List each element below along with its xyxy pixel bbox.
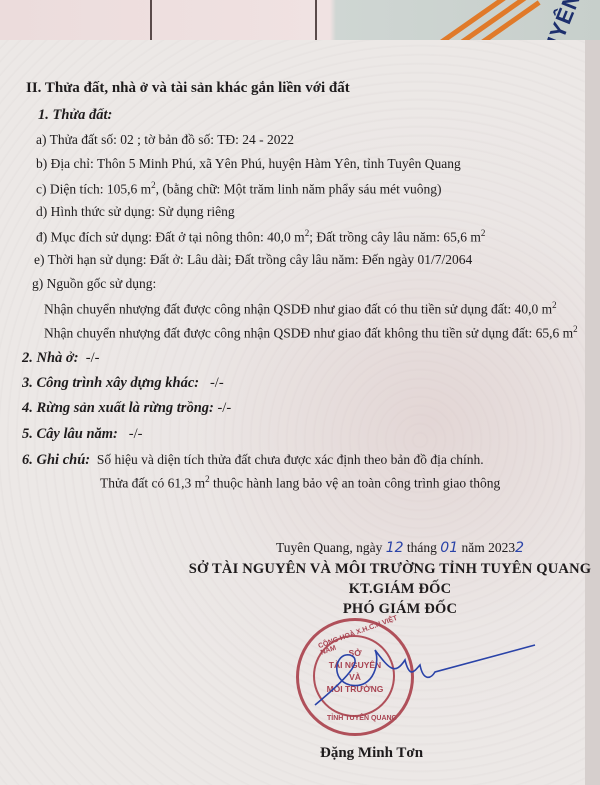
land-heading: 1. Thửa đất: <box>38 107 112 124</box>
notes-line-2: Thửa đất có 61,3 m2 thuộc hành lang bảo … <box>100 474 500 492</box>
superscript: 2 <box>552 300 557 310</box>
forest-value: -/- <box>217 400 231 416</box>
background-documents: UYÊN <box>0 0 600 44</box>
place-date: Tuyên Quang, ngày 12 tháng 01 năm 20232 <box>200 540 600 556</box>
land-origin-heading: g) Nguồn gốc sử dụng: <box>32 276 156 292</box>
paper-edge <box>585 40 600 785</box>
perennial-value: -/- <box>129 426 143 442</box>
other-construction-label: 3. Công trình xây dựng khác: <box>22 375 199 391</box>
other-construction-row: 3. Công trình xây dựng khác: -/- <box>22 375 224 392</box>
land-parcel-number: a) Thửa đất số: 02 ; tờ bản đồ số: TĐ: 2… <box>36 132 294 148</box>
handwritten-month: 01 <box>440 540 458 556</box>
land-area: c) Diện tích: 105,6 m2, (bằng chữ: Một t… <box>36 180 442 198</box>
purpose-perennial: ; Đất trồng cây lâu năm: 65,6 m <box>309 230 481 245</box>
perennial-label: 5. Cây lâu năm: <box>22 426 118 442</box>
notes-text: thuộc hành lang bảo vệ an toàn công trìn… <box>210 476 501 491</box>
handwritten-year-digit: 2 <box>515 540 524 556</box>
house-row: 2. Nhà ở: -/- <box>22 350 99 367</box>
forest-label: 4. Rừng sản xuất là rừng trồng: <box>22 400 214 416</box>
land-usage-purpose: đ) Mục đích sử dụng: Đất ở tại nông thôn… <box>36 228 485 246</box>
forest-row: 4. Rừng sản xuất là rừng trồng: -/- <box>22 400 231 417</box>
signer-title-1: KT.GIÁM ĐỐC <box>200 581 600 598</box>
signer-name: Đặng Minh Tơn <box>320 745 423 762</box>
notes-label: 6. Ghi chú: <box>22 452 90 468</box>
month-label: tháng <box>407 540 437 555</box>
superscript: 2 <box>573 324 578 334</box>
year-label: năm 2023 <box>461 540 515 555</box>
perennial-row: 5. Cây lâu năm: -/- <box>22 426 142 443</box>
agency-name: SỞ TÀI NGUYÊN VÀ MÔI TRƯỜNG TỈNH TUYÊN Q… <box>170 561 600 578</box>
house-label: 2. Nhà ở: <box>22 350 79 366</box>
house-value: -/- <box>86 350 100 366</box>
notes-line-1: Số hiệu và diện tích thửa đất chưa được … <box>97 452 484 467</box>
land-usage-form: d) Hình thức sử dụng: Sử dụng riêng <box>36 204 235 220</box>
notes-row: 6. Ghi chú: Số hiệu và diện tích thửa đấ… <box>22 452 484 469</box>
origin-text: Nhận chuyển nhượng đất được công nhận QS… <box>44 326 573 341</box>
place-label: Tuyên Quang, ngày <box>276 540 382 555</box>
land-area-words: , (bằng chữ: Một trăm linh năm phẩy sáu … <box>156 182 442 197</box>
origin-text: Nhận chuyển nhượng đất được công nhận QS… <box>44 302 552 317</box>
superscript: 2 <box>481 228 486 238</box>
land-area-value: c) Diện tích: 105,6 m <box>36 182 151 197</box>
other-construction-value: -/- <box>210 375 224 391</box>
handwritten-day: 12 <box>386 540 404 556</box>
background-line <box>150 0 152 42</box>
stamp-ring-bottom: TỈNH TUYÊN QUANG <box>327 715 397 722</box>
land-origin-line-1: Nhận chuyển nhượng đất được công nhận QS… <box>44 300 557 318</box>
background-line <box>315 0 317 40</box>
purpose-residential: đ) Mục đích sử dụng: Đất ở tại nông thôn… <box>36 230 305 245</box>
land-address: b) Địa chỉ: Thôn 5 Minh Phú, xã Yên Phú,… <box>36 156 461 172</box>
land-usage-term: e) Thời hạn sử dụng: Đất ở: Lâu dài; Đất… <box>34 252 472 268</box>
notes-text: Thửa đất có 61,3 m <box>100 476 205 491</box>
section-title: II. Thửa đất, nhà ở và tài sản khác gắn … <box>26 80 350 97</box>
land-origin-line-2: Nhận chuyển nhượng đất được công nhận QS… <box>44 324 578 342</box>
handwritten-signature <box>305 640 545 710</box>
